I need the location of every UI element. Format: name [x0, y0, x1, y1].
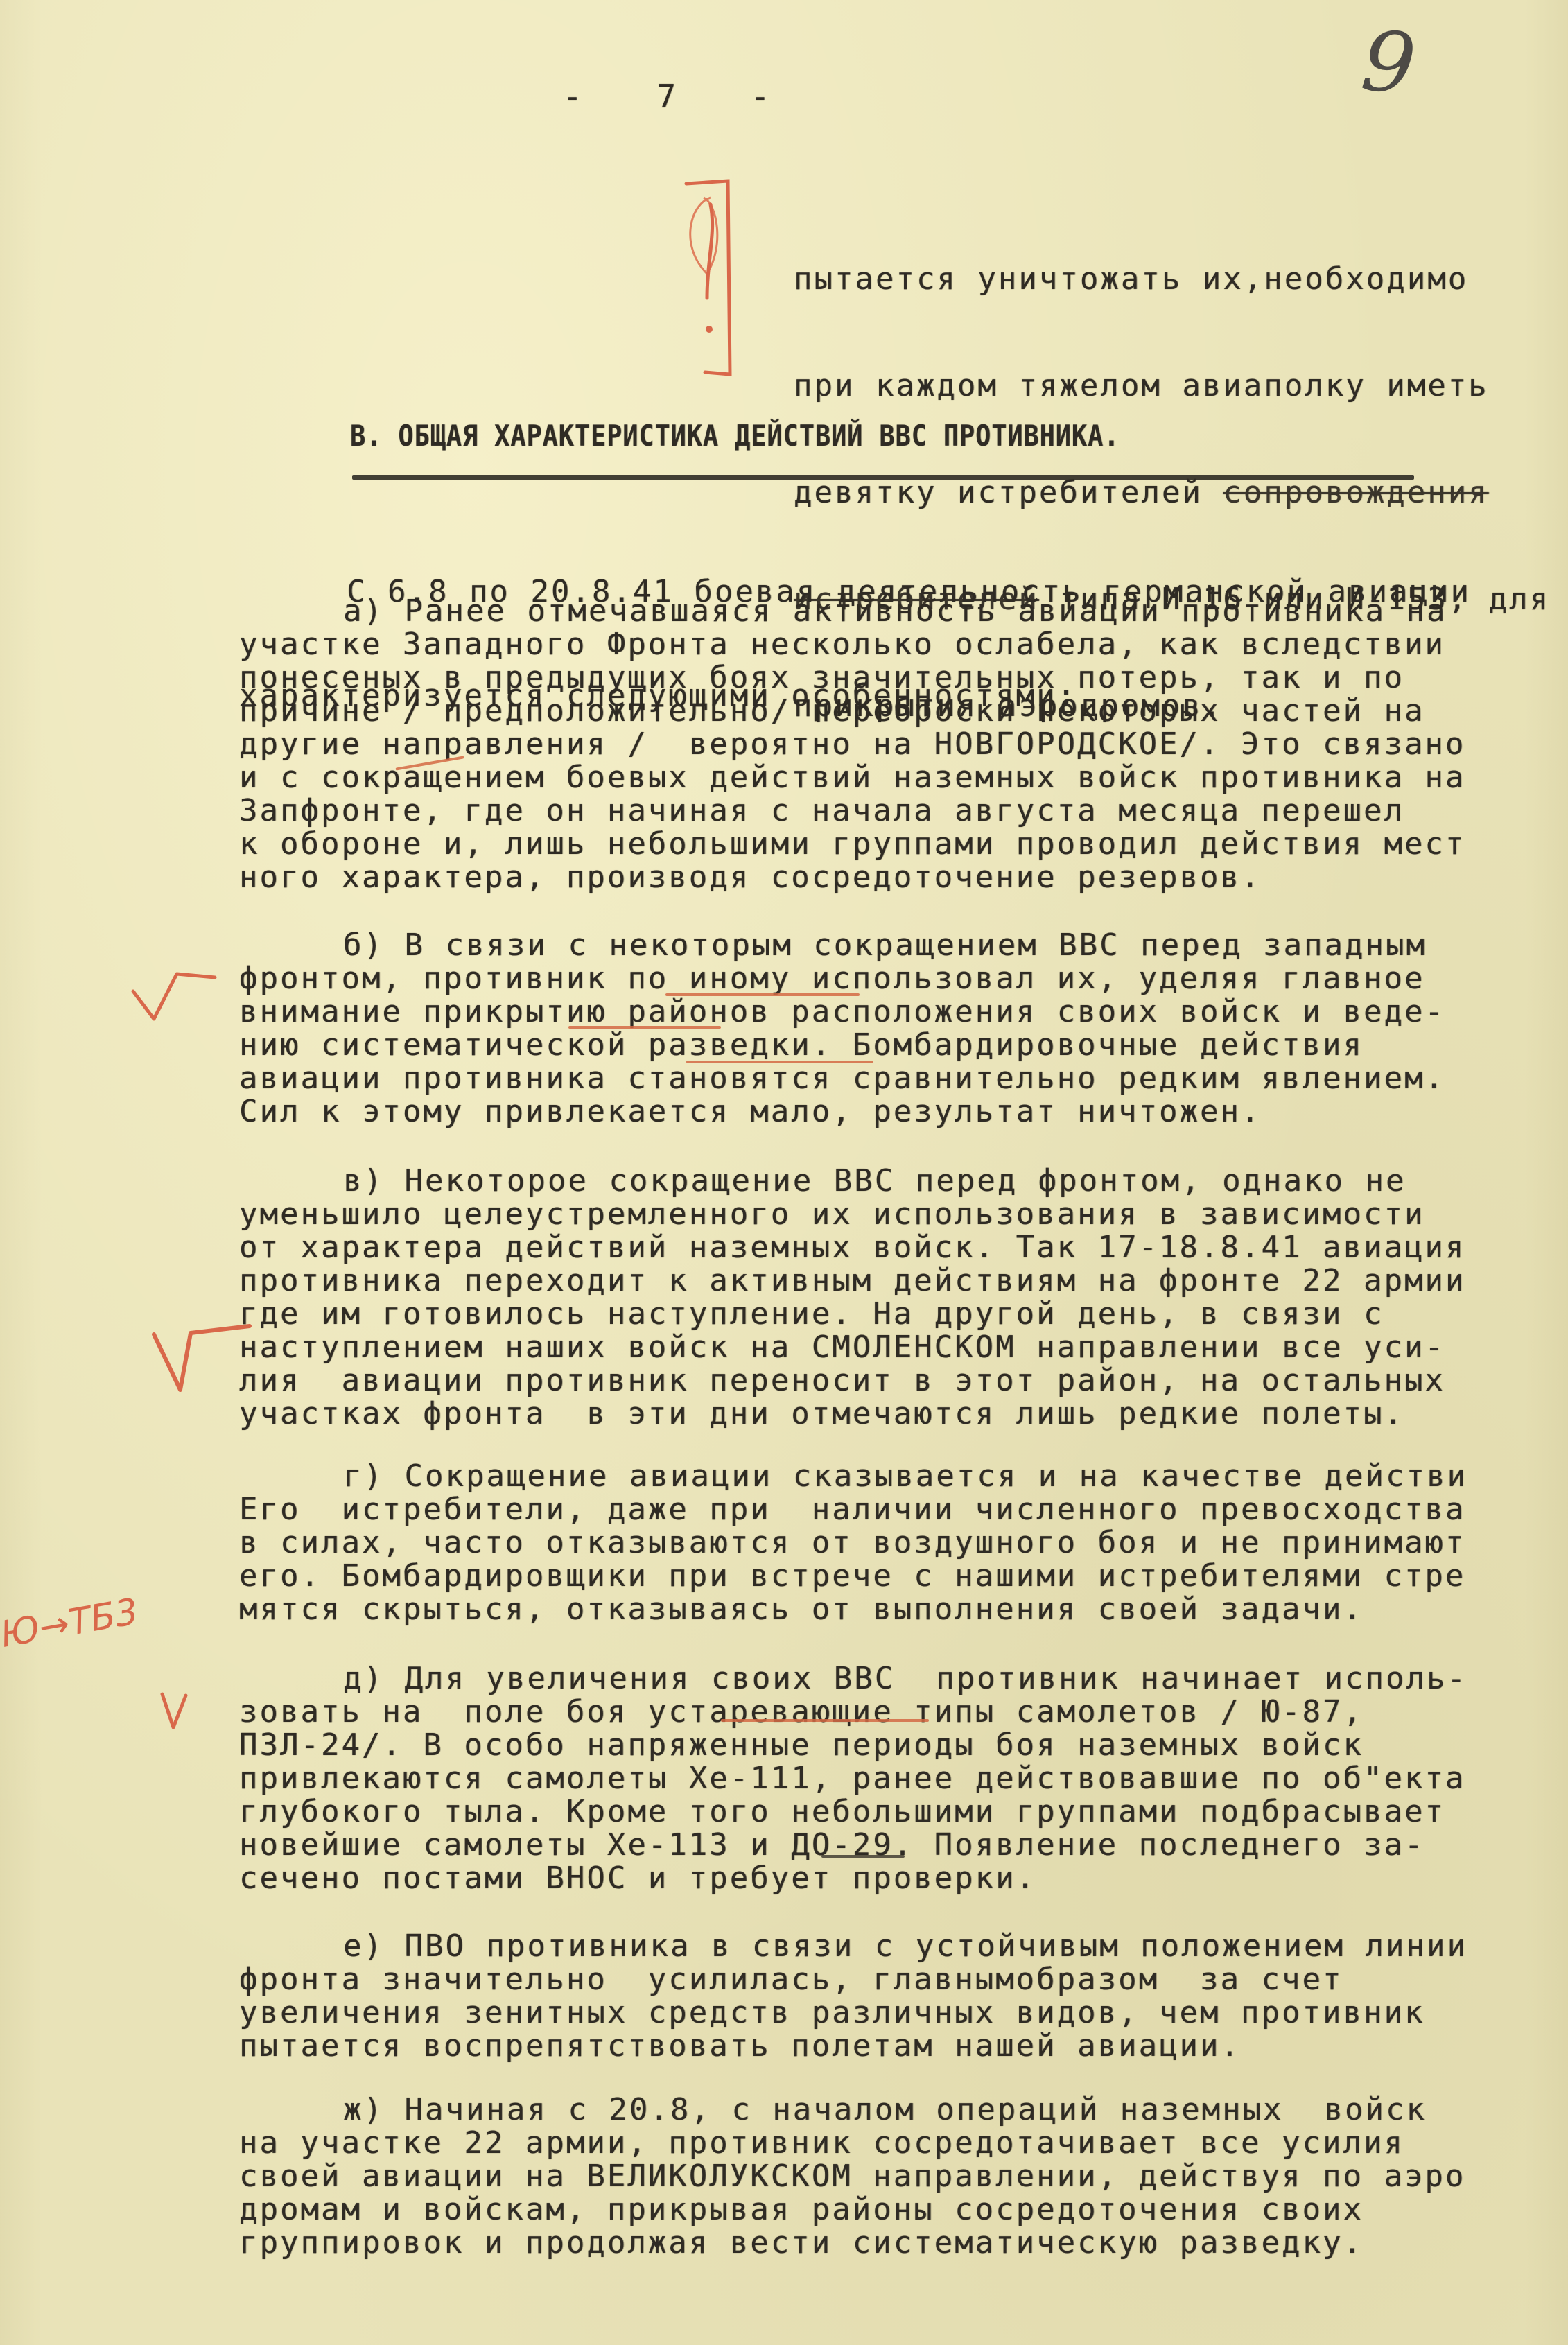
text-line: на участке 22 армии, противник сосредота…: [239, 2127, 1465, 2160]
text-line: лия авиации противник переносит в этот р…: [239, 1364, 1465, 1397]
text-line: ж) Начиная с 20.8, с началом операций на…: [239, 2093, 1465, 2127]
text-line: при каждом тяжелом авиаполку иметь: [794, 368, 1550, 404]
text-line: б) В связи с некоторым сокращением ВВС п…: [239, 929, 1445, 962]
text-line: уменьшило целеустремленного их использов…: [239, 1198, 1465, 1231]
text-line: к обороне и, лишь небольшими группами пр…: [239, 828, 1465, 861]
v-mark-annotation: [159, 1691, 194, 1736]
text-line: причине / предположительно/ переброски н…: [239, 695, 1465, 728]
pencil-underline: [821, 1855, 905, 1858]
text-line: внимание прикрытию районов расположения …: [239, 995, 1445, 1029]
text-line: пытается уничтожать их,необходимо: [794, 261, 1550, 297]
text-line: мятся скрыться, отказываясь от выполнени…: [239, 1593, 1467, 1626]
red-underline: [568, 1026, 721, 1029]
page-number: - 7 -: [563, 78, 797, 115]
text-line: привлекаются самолеты Хе-111, ранее дейс…: [239, 1762, 1467, 1795]
text-line: где им готовилось наступление. На другой…: [239, 1298, 1465, 1331]
text-line: противника переходит к активным действия…: [239, 1264, 1465, 1298]
text-line: а) Ранее отмечавшаяся активность авиации…: [239, 595, 1465, 628]
text-line: зовать на поле боя устаревающие типы сам…: [239, 1695, 1467, 1729]
v-mark-icon: [159, 1691, 194, 1733]
text-line: е) ПВО противника в связи с устойчивым п…: [239, 1930, 1467, 1963]
text-line: дромам и войскам, прикрывая районы сосре…: [239, 2193, 1465, 2226]
text-line: в силах, часто отказываются от воздушног…: [239, 1526, 1467, 1560]
text-line: в) Некоторое сокращение ВВС перед фронто…: [239, 1165, 1465, 1198]
text-line: своей авиации на ВЕЛИКОЛУКСКОМ направлен…: [239, 2160, 1465, 2193]
paragraph-e: е) ПВО противника в связи с устойчивым п…: [239, 1930, 1467, 2063]
text-line: г) Сокращение авиации сказывается и на к…: [239, 1460, 1467, 1493]
text-line: группировок и продолжая вести систематич…: [239, 2226, 1465, 2260]
text-line: Запфронте, где он начиная с начала авгус…: [239, 794, 1465, 828]
red-underline: [665, 993, 860, 996]
text-line: и с сокращением боевых действий наземных…: [239, 761, 1465, 794]
paragraph-v: в) Некоторое сокращение ВВС перед фронто…: [239, 1165, 1465, 1431]
folio-number: 9: [1357, 12, 1420, 114]
red-underline: [686, 1061, 873, 1063]
checkmark-annotation: [132, 970, 222, 1036]
text-line: Сил к этому привлекается мало, результат…: [239, 1095, 1445, 1128]
margin-note: Ю→ТБ3: [0, 1591, 141, 1656]
text-line: от характера действий наземных войск. Та…: [239, 1231, 1465, 1264]
paragraph-a: а) Ранее отмечавшаяся активность авиации…: [239, 595, 1465, 894]
text-line: участках фронта в эти дни отмечаются лиш…: [239, 1397, 1465, 1431]
paragraph-b: б) В связи с некоторым сокращением ВВС п…: [239, 929, 1445, 1128]
checkmark-icon: [132, 970, 222, 1033]
question-bracket-annotation: [683, 177, 780, 387]
paragraph-g: г) Сокращение авиации сказывается и на к…: [239, 1460, 1467, 1626]
section-heading: В. ОБЩАЯ ХАРАКТЕРИСТИКА ДЕЙСТВИЙ ВВС ПРО…: [350, 419, 1120, 453]
text-line: фронтом, противник по иному использовал …: [239, 962, 1445, 995]
paragraph-d: д) Для увеличения своих ВВС противник на…: [239, 1662, 1467, 1895]
document-page: - 7 - 9 пытается уничтожать их,необходим…: [0, 0, 1568, 2345]
text-line: участке Западного Фронта несколько ослаб…: [239, 628, 1465, 661]
text-line: пытается воспрепятствовать полетам нашей…: [239, 2030, 1467, 2063]
text-line: сечено постами ВНОС и требует проверки.: [239, 1862, 1467, 1895]
text-line: понесеных в предыдущих боях значительных…: [239, 661, 1465, 695]
text-line: глубокого тыла. Кроме того небольшими гр…: [239, 1795, 1467, 1829]
red-underline: [721, 1719, 929, 1722]
heading-underline: [352, 475, 1414, 480]
text-line: фронта значительно усилилась, главнымобр…: [239, 1963, 1467, 1996]
paragraph-zh: ж) Начиная с 20.8, с началом операций на…: [239, 2093, 1465, 2260]
text-line: д) Для увеличения своих ВВС противник на…: [239, 1662, 1467, 1695]
text-line: увеличения зенитных средств различных ви…: [239, 1996, 1467, 2030]
text-line: авиации противника становятся сравнитель…: [239, 1062, 1445, 1095]
text-line: его. Бомбардировщики при встрече с нашим…: [239, 1560, 1467, 1593]
text-line: Его истребители, даже при наличии числен…: [239, 1493, 1467, 1526]
text-line: нию систематической разведки. Бомбардиро…: [239, 1029, 1445, 1062]
text-line: другие направления / вероятно на НОВГОРО…: [239, 728, 1465, 761]
question-mark-icon: [683, 177, 780, 385]
text-line: ного характера, производя сосредоточение…: [239, 861, 1465, 894]
text-line: ПЗЛ-24/. В особо напряженные периоды боя…: [239, 1729, 1467, 1762]
text-line: наступлением наших войск на СМОЛЕНСКОМ н…: [239, 1331, 1465, 1364]
